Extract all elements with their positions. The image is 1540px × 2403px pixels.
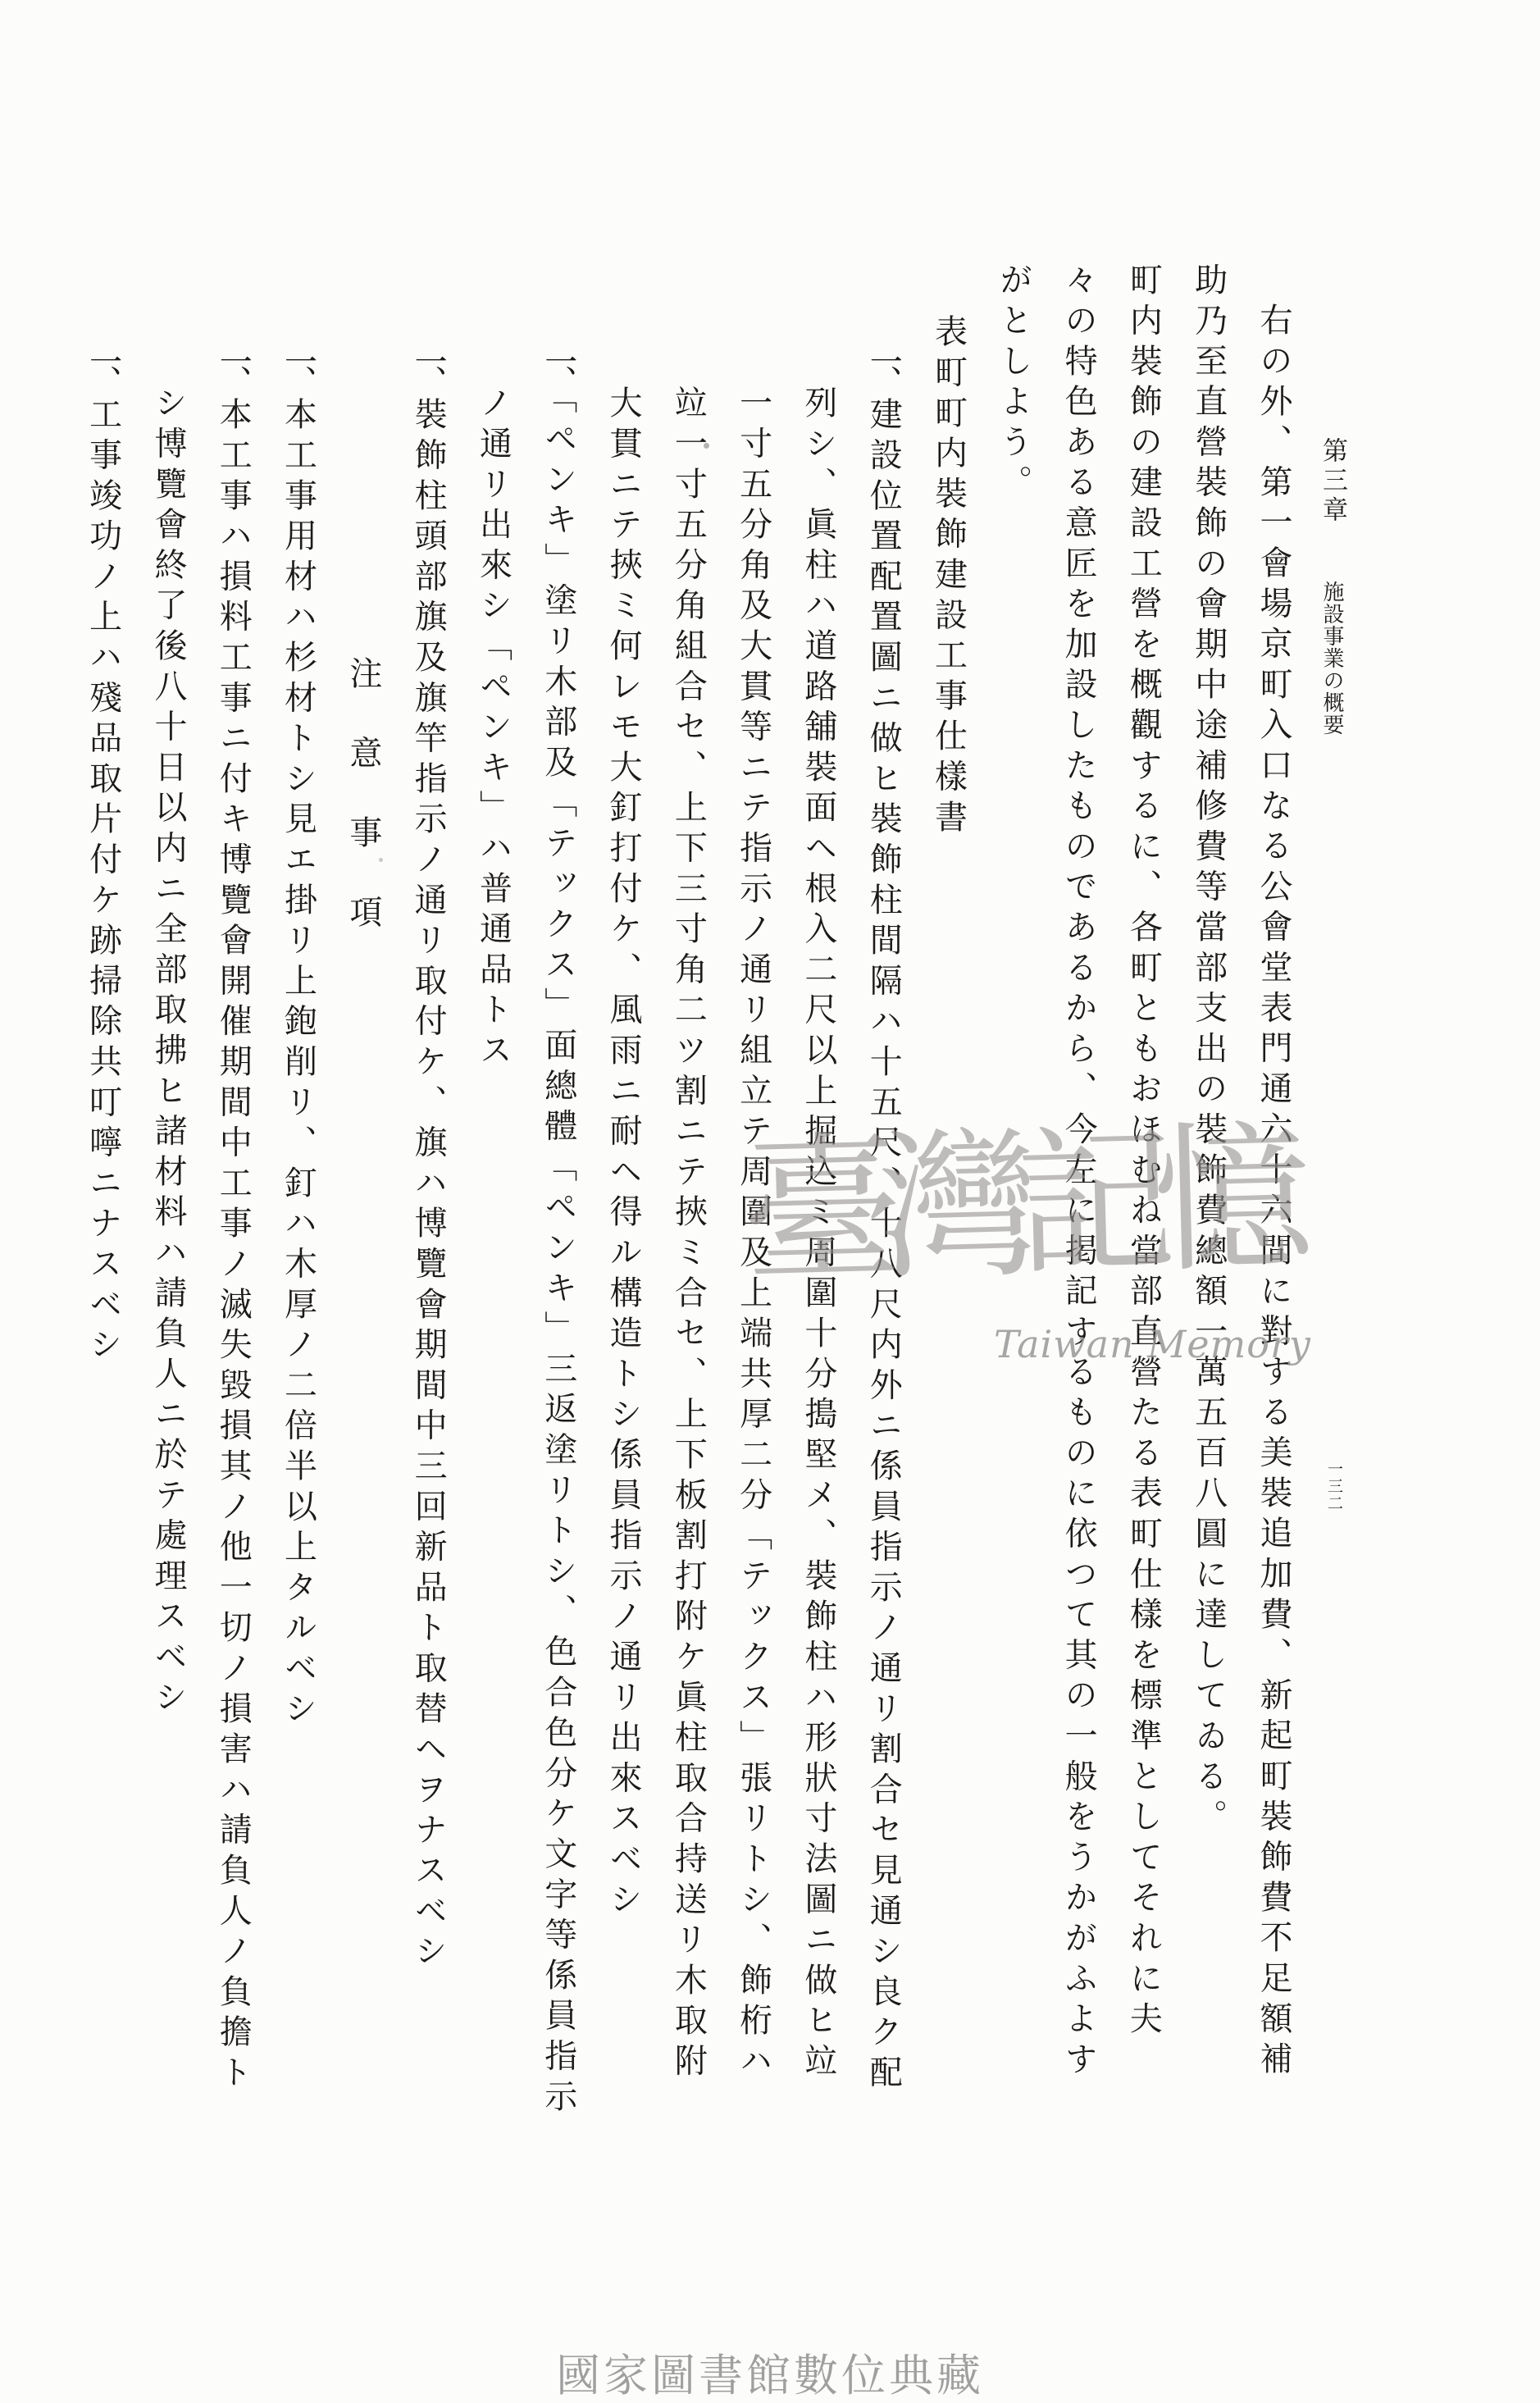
item-marker: 一、 <box>409 344 447 385</box>
item-text: 工事竣功ノ上ハ殘品取片付ケ跡掃除共叮嚀ニナスベシ <box>84 397 122 1367</box>
column-10: 竝一寸五分角組合セ、上下三寸角二ツ割ニテ挾ミ合セ、上下板割打附ケ眞柱取合持送リ木… <box>655 262 720 2149</box>
watermark-taiwan-memory-latin: Taiwan Memory <box>994 1322 1311 1366</box>
column-13: ノ通リ出來シ「ペンキ」ハ普通品トス <box>460 262 525 2149</box>
item-text: 本工事ハ損料工事ニ付キ博覽會開催期間中工事ノ滅失毀損其ノ他一切ノ損害ハ請負人ノ負… <box>214 397 252 2095</box>
column-16: 一、本工事用材ハ杉材トシ見エ掛リ上鉋削リ、釘ハ木厚ノ二倍半以上タルベシ <box>265 262 330 2149</box>
running-head-chapter: 第三章 <box>1314 437 1351 526</box>
watermark-taiwan-memory-cjk: 臺灣記憶 <box>740 1118 1292 1292</box>
column-15-notes-heading: 注意事項 <box>330 262 395 2149</box>
item-marker: 一、 <box>84 344 122 385</box>
item-text: 裝飾柱頭部旗及旗竿指示ノ通リ取付ケ、旗ハ博覽會期間中三回新品ト取替ヘヲナスベシ <box>409 397 447 1974</box>
archive-credit: 國家圖書館數位典藏 <box>556 2341 984 2403</box>
column-19: 一、工事竣功ノ上ハ殘品取片付ケ跡掃除共叮嚀ニナスベシ <box>70 262 134 2149</box>
scan-speck <box>379 858 383 862</box>
item-marker: 一、 <box>280 344 317 385</box>
item-text: 「ペンキ」塗リ木部及「テックス」面總體「ペンキ」三返塗リトシ、色合色分ケ文字等係… <box>540 397 577 2119</box>
running-head-title: 施設事業の概要 <box>1317 581 1347 736</box>
column-17: 一、本工事ハ損料工事ニ付キ博覽會開催期間中工事ノ滅失毀損其ノ他一切ノ損害ハ請負人… <box>200 262 265 2149</box>
item-text: 本工事用材ハ杉材トシ見エ掛リ上鉋削リ、釘ハ木厚ノ二倍半以上タルベシ <box>280 397 317 1731</box>
item-marker: 一、 <box>540 344 577 385</box>
item-marker: 一、 <box>214 344 252 385</box>
column-12: 一、「ペンキ」塗リ木部及「テックス」面總體「ペンキ」三返塗リトシ、色合色分ケ文字… <box>525 262 590 2149</box>
column-18: シ博覽會終了後八十日以内ニ全部取拂ヒ諸材料ハ請負人ニ於テ處理スベシ <box>135 262 200 2149</box>
column-14: 一、裝飾柱頭部旗及旗竿指示ノ通リ取付ケ、旗ハ博覽會期間中三回新品ト取替ヘヲナスベ… <box>395 262 460 2149</box>
page-number: 一三二 <box>1324 1461 1346 1512</box>
scan-speck <box>704 443 709 449</box>
item-marker: 一、 <box>864 344 902 385</box>
scanned-book-page: { "page": { "number": "一三二" }, "running_… <box>0 0 1540 2403</box>
column-11: 大貫ニテ挾ミ何レモ大釘打付ケ、風雨ニ耐ヘ得ル構造トシ係員指示ノ通リ出來スベシ <box>590 262 655 2149</box>
